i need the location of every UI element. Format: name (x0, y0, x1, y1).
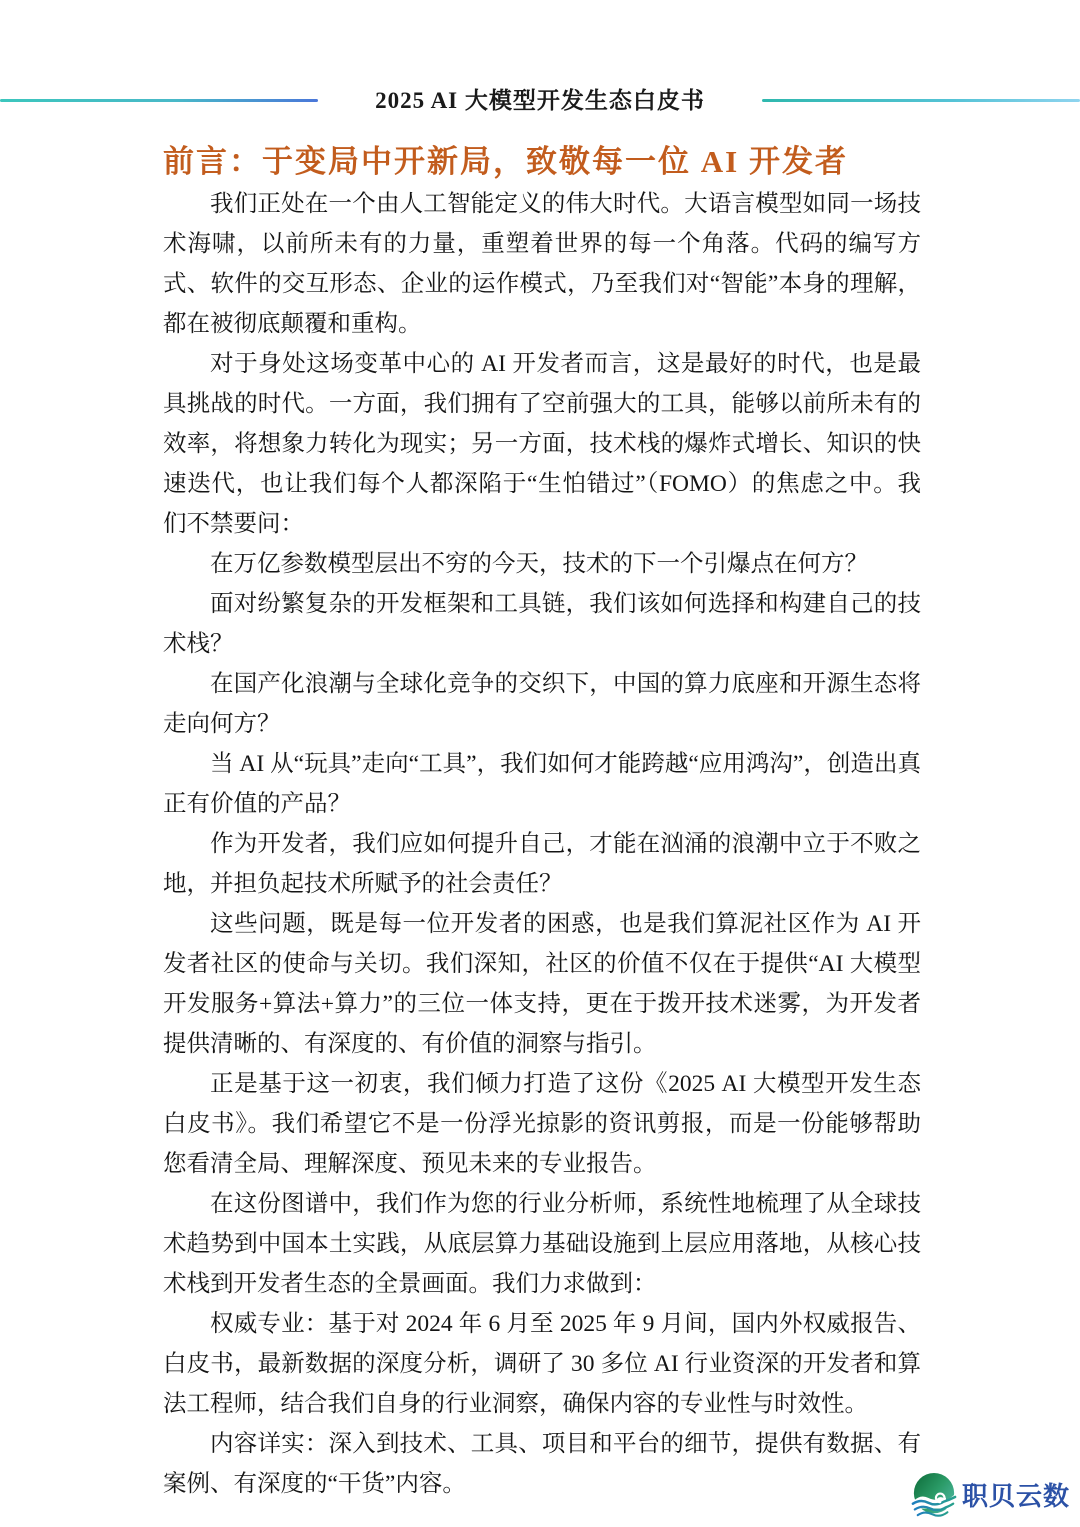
whitepaper-page: 2025 AI 大模型开发生态白皮书 前言：于变局中开新局，致敬每一位 AI 开… (0, 0, 1080, 1527)
body-paragraph: 面对纷繁复杂的开发框架和工具链，我们该如何选择和构建自己的技术栈？ (163, 584, 921, 664)
body-paragraph: 在万亿参数模型层出不穷的今天，技术的下一个引爆点在何方？ (163, 544, 921, 584)
body-paragraph: 作为开发者，我们应如何提升自己，才能在汹涌的浪潮中立于不败之地，并担负起技术所赋… (163, 824, 921, 904)
page-header: 2025 AI 大模型开发生态白皮书 (0, 89, 1080, 112)
logo-text: 职贝云数 (962, 1483, 1070, 1509)
page-header-title: 2025 AI 大模型开发生态白皮书 (318, 89, 762, 112)
header-rule-left (0, 99, 318, 102)
footer-logo: 职贝云数 (911, 1472, 1070, 1520)
header-rule-right (762, 99, 1080, 102)
body-paragraph: 正是基于这一初衷，我们倾力打造了这份《2025 AI 大模型开发生态白皮书》。我… (163, 1064, 921, 1184)
body-paragraph: 内容详实：深入到技术、工具、项目和平台的细节，提供有数据、有案例、有深度的“干货… (163, 1424, 921, 1504)
body-paragraph: 在国产化浪潮与全球化竞争的交织下，中国的算力底座和开源生态将走向何方？ (163, 664, 921, 744)
body-paragraph: 对于身处这场变革中心的 AI 开发者而言，这是最好的时代，也是最具挑战的时代。一… (163, 344, 921, 544)
body-paragraph: 在这份图谱中，我们作为您的行业分析师，系统性地梳理了从全球技术趋势到中国本土实践… (163, 1184, 921, 1304)
body-paragraph: 我们正处在一个由人工智能定义的伟大时代。大语言模型如同一场技术海啸，以前所未有的… (163, 184, 921, 344)
section-title: 前言：于变局中开新局，致敬每一位 AI 开发者 (163, 141, 848, 182)
body-text: 我们正处在一个由人工智能定义的伟大时代。大语言模型如同一场技术海啸，以前所未有的… (163, 184, 921, 1504)
body-paragraph: 权威专业：基于对 2024 年 6 月至 2025 年 9 月间，国内外权威报告… (163, 1304, 921, 1424)
body-paragraph: 这些问题，既是每一位开发者的困惑，也是我们算泥社区作为 AI 开发者社区的使命与… (163, 904, 921, 1064)
logo-globe-wave-icon (911, 1472, 957, 1520)
body-paragraph: 当 AI 从“玩具”走向“工具”，我们如何才能跨越“应用鸿沟”，创造出真正有价值… (163, 744, 921, 824)
